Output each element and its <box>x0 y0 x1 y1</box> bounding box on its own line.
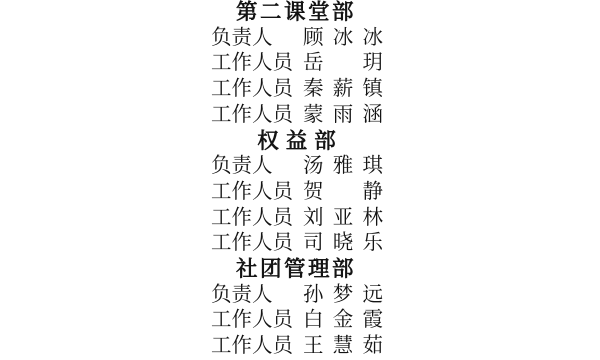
member-row: 工作人员 贺 静 <box>0 180 600 206</box>
member-name: 秦薪镇 <box>303 77 383 103</box>
section-title: 权益部 <box>0 129 600 155</box>
role-label: 工作人员 <box>211 180 303 206</box>
member-row: 工作人员 秦薪镇 <box>0 77 600 103</box>
member-name: 顾冰冰 <box>303 26 383 52</box>
member-row: 负责人 孙梦远 <box>0 283 600 309</box>
member-row: 工作人员 司晓乐 <box>0 231 600 257</box>
role-label: 工作人员 <box>211 334 303 360</box>
member-row: 负责人 顾冰冰 <box>0 26 600 52</box>
member-name: 白金霞 <box>303 308 383 334</box>
member-name: 汤雅琪 <box>303 154 383 180</box>
member-row: 工作人员 蒙雨涵 <box>0 103 600 129</box>
role-label: 负责人 <box>211 26 303 52</box>
role-label: 工作人员 <box>211 308 303 334</box>
section-title: 社团管理部 <box>0 257 600 283</box>
role-label: 工作人员 <box>211 77 303 103</box>
document-page: 第二课堂部 负责人 顾冰冰 工作人员 岳 玥 工作人员 秦薪镇 工作人员 蒙雨涵… <box>0 0 600 360</box>
member-name: 王慧茹 <box>303 334 383 360</box>
member-name: 孙梦远 <box>303 283 383 309</box>
member-name: 刘亚林 <box>303 206 383 232</box>
member-name: 蒙雨涵 <box>303 103 383 129</box>
member-name: 岳 玥 <box>303 51 383 77</box>
member-name: 司晓乐 <box>303 231 383 257</box>
role-label: 负责人 <box>211 154 303 180</box>
member-row: 工作人员 刘亚林 <box>0 206 600 232</box>
member-row: 负责人 汤雅琪 <box>0 154 600 180</box>
role-label: 工作人员 <box>211 206 303 232</box>
member-name: 贺 静 <box>303 180 383 206</box>
member-row: 工作人员 岳 玥 <box>0 51 600 77</box>
member-row: 工作人员 王慧茹 <box>0 334 600 360</box>
role-label: 工作人员 <box>211 51 303 77</box>
role-label: 工作人员 <box>211 103 303 129</box>
section-title: 第二课堂部 <box>0 0 600 26</box>
member-row: 工作人员 白金霞 <box>0 308 600 334</box>
role-label: 负责人 <box>211 283 303 309</box>
role-label: 工作人员 <box>211 231 303 257</box>
